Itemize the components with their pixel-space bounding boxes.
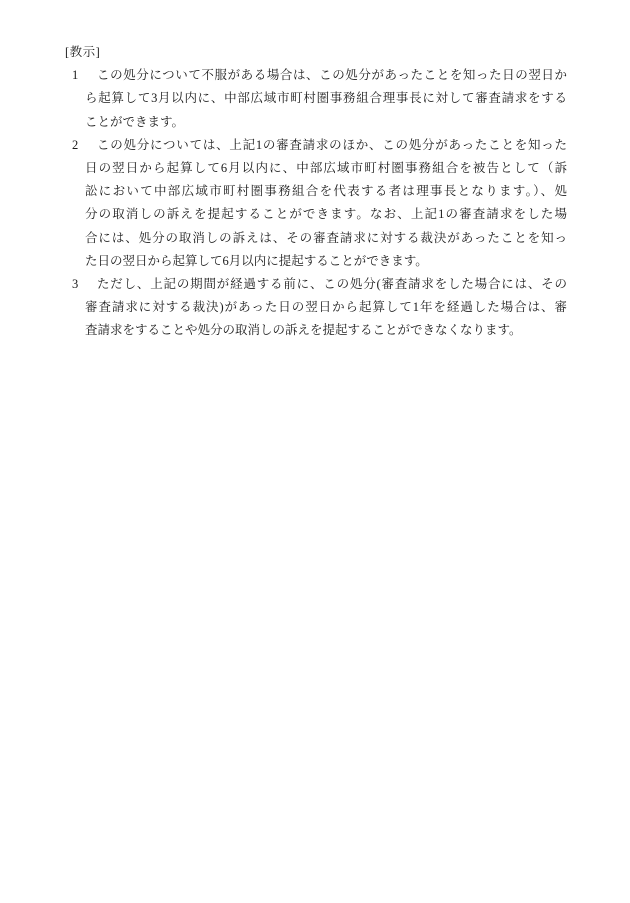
- text-line: ただし、上記の期間が経過する前に、この処分(審査請求をした場合には、その: [85, 273, 567, 296]
- notice-body: [教示] 1 この処分について不服がある場合は、この処分があったことを知った日の…: [64, 41, 567, 343]
- text-line: た日の翌日から起算して6月以内に提起することができます。: [85, 250, 567, 273]
- text-line: 日の翌日から起算して6月以内に、中部広域市町村圏事務組合を被告として（訴: [85, 157, 567, 180]
- text-line: 審査請求に対する裁決)があった日の翌日から起算して1年を経過した場合は、審: [85, 296, 567, 319]
- text-line: この処分については、上記1の審査請求のほか、この処分があったことを知った: [85, 134, 567, 157]
- text-line: 訟において中部広域市町村圏事務組合を代表する者は理事長となります。）、処: [85, 180, 567, 203]
- text-line: 合には、処分の取消しの訴えは、その審査請求に対する裁決があったことを知っ: [85, 227, 567, 250]
- notice-item-1: 1 この処分について不服がある場合は、この処分があったことを知った日の翌日か ら…: [85, 64, 567, 134]
- text-line: ことができます。: [85, 111, 567, 134]
- text-line: この処分について不服がある場合は、この処分があったことを知った日の翌日か: [85, 64, 567, 87]
- text-line: 分の取消しの訴えを提起することができます。なお、上記1の審査請求をした場: [85, 203, 567, 226]
- text-line: 査請求をすることや処分の取消しの訴えを提起することができなくなります。: [85, 319, 567, 342]
- item-2-number: 2: [72, 134, 84, 157]
- text-line: ら起算して3月以内に、中部広域市町村圏事務組合理事長に対して審査請求をする: [85, 87, 567, 110]
- item-3-number: 3: [72, 273, 84, 296]
- item-1-number: 1: [72, 64, 84, 87]
- document-page: [教示] 1 この処分について不服がある場合は、この処分があったことを知った日の…: [0, 0, 630, 903]
- notice-item-3: 3 ただし、上記の期間が経過する前に、この処分(審査請求をした場合には、その 審…: [85, 273, 567, 343]
- notice-item-2: 2 この処分については、上記1の審査請求のほか、この処分があったことを知った 日…: [85, 134, 567, 273]
- notice-heading: [教示]: [65, 41, 567, 64]
